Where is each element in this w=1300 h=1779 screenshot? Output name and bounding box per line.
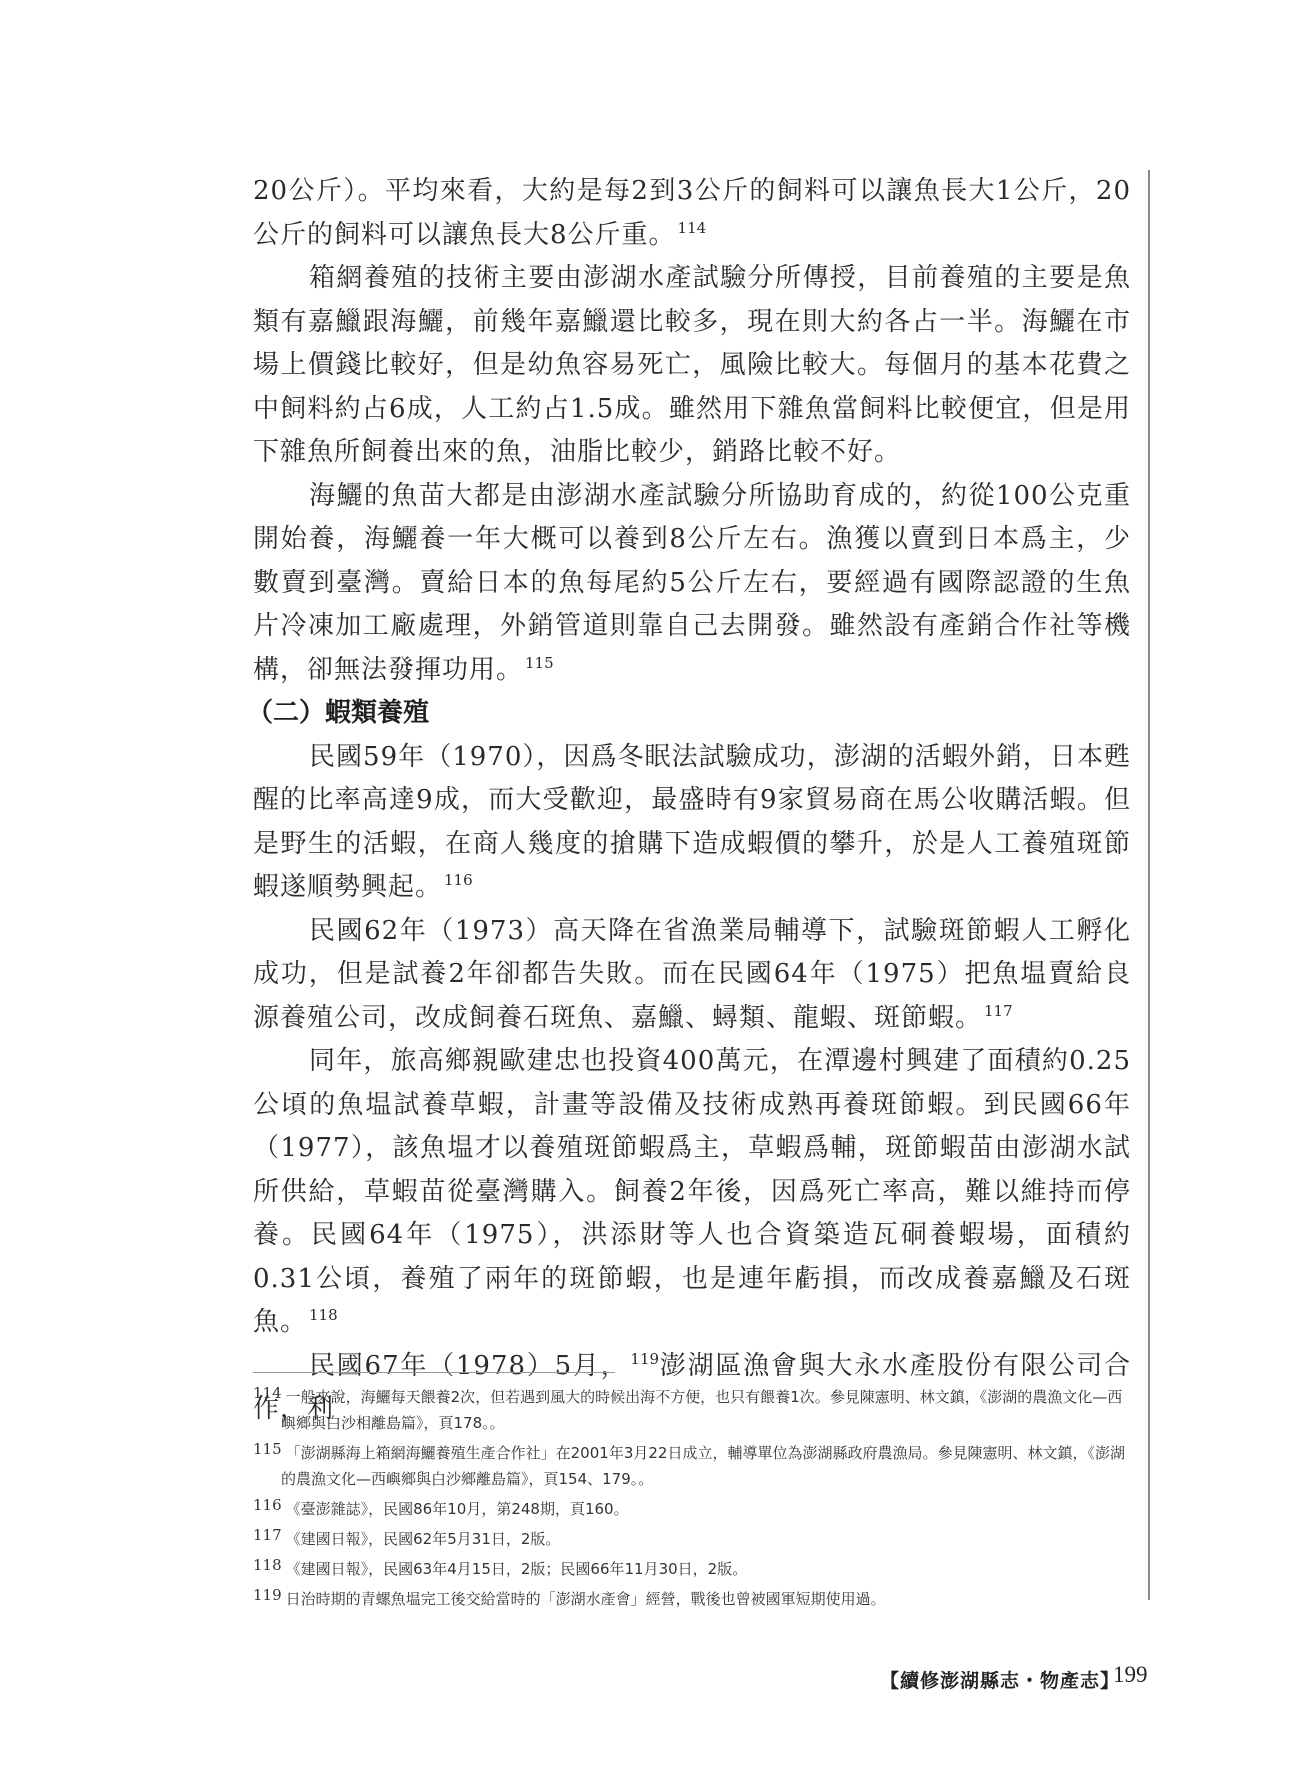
footnote-ref-118[interactable]: 118 [309,1306,338,1324]
footnote-ref-119[interactable]: 119 [630,1350,659,1368]
footnote-ref-117[interactable]: 117 [984,1002,1013,1020]
footnote-number: 114 [253,1384,282,1402]
paragraph-text: 海鱺的魚苗大都是由澎湖水產試驗分所協助育成的，約從100公克重開始養，海鱺養一年… [253,481,1131,685]
page-number: 199 [1113,1662,1148,1688]
section-heading: （二）蝦類養殖 [247,692,1131,736]
footnote-separator [253,1372,615,1373]
footnote-number: 119 [253,1586,282,1604]
book-page: 20公斤）。平均來看，大約是每2到3公斤的飼料可以讓魚長大1公斤，20公斤的飼料… [0,0,1300,1779]
paragraph-1: 20公斤）。平均來看，大約是每2到3公斤的飼料可以讓魚長大1公斤，20公斤的飼料… [253,170,1131,257]
footnote-text: 一般來說，海鱺每天餵養2次，但若遇到風大的時候出海不方便，也只有餵養1次。參見陳… [281,1388,1122,1432]
footnote-text: 「澎湖縣海上箱網海鱺養殖生產合作社」在2001年3月22日成立，輔導單位為澎湖縣… [281,1444,1125,1488]
footnote-number: 115 [253,1440,282,1458]
footnote-116: 116《臺澎雜誌》，民國86年10月，第248期，頁160。 [253,1492,1131,1522]
paragraph-5: 民國62年（1973）高天降在省漁業局輔導下，試驗斑節蝦人工孵化成功，但是試養2… [253,910,1131,1041]
footnote-119: 119日治時期的青螺魚塭完工後交給當時的「澎湖水產會」經營，戰後也曾被國軍短期使… [253,1582,1131,1612]
footnote-118: 118《建國日報》，民國63年4月15日，2版；民國66年11月30日，2版。 [253,1552,1131,1582]
margin-rule [1148,170,1150,1600]
paragraph-6: 同年，旅高鄉親歐建忠也投資400萬元，在潭邊村興建了面積約0.25公頃的魚塭試養… [253,1040,1131,1345]
footnote-115: 115「澎湖縣海上箱網海鱺養殖生產合作社」在2001年3月22日成立，輔導單位為… [253,1436,1131,1492]
footnotes: 114一般來說，海鱺每天餵養2次，但若遇到風大的時候出海不方便，也只有餵養1次。… [253,1380,1131,1612]
footnote-text: 日治時期的青螺魚塭完工後交給當時的「澎湖水產會」經營，戰後也曾被國軍短期使用過。 [286,1590,886,1608]
footnote-text: 《臺澎雜誌》，民國86年10月，第248期，頁160。 [286,1500,629,1518]
running-footer: 【續修澎湖縣志・物產志】 [880,1666,1120,1693]
paragraph-3: 海鱺的魚苗大都是由澎湖水產試驗分所協助育成的，約從100公克重開始養，海鱺養一年… [253,475,1131,693]
paragraph-4: 民國59年（1970），因爲冬眠法試驗成功，澎湖的活蝦外銷，日本甦醒的比率高達9… [253,736,1131,910]
paragraph-text: 20公斤）。平均來看，大約是每2到3公斤的飼料可以讓魚長大1公斤，20公斤的飼料… [253,176,1131,250]
footnote-number: 118 [253,1556,282,1574]
footnote-ref-116[interactable]: 116 [444,871,473,889]
footnote-text: 《建國日報》，民國63年4月15日，2版；民國66年11月30日，2版。 [286,1560,748,1578]
footnote-117: 117《建國日報》，民國62年5月31日，2版。 [253,1522,1131,1552]
paragraph-text: 同年，旅高鄉親歐建忠也投資400萬元，在潭邊村興建了面積約0.25公頃的魚塭試養… [253,1046,1131,1337]
paragraph-2: 箱網養殖的技術主要由澎湖水產試驗分所傳授，目前養殖的主要是魚類有嘉鱲跟海鱺，前幾… [253,257,1131,475]
paragraph-text: 民國59年（1970），因爲冬眠法試驗成功，澎湖的活蝦外銷，日本甦醒的比率高達9… [253,742,1131,903]
footnote-114: 114一般來說，海鱺每天餵養2次，但若遇到風大的時候出海不方便，也只有餵養1次。… [253,1380,1131,1436]
body-text: 20公斤）。平均來看，大約是每2到3公斤的飼料可以讓魚長大1公斤，20公斤的飼料… [253,170,1131,1432]
paragraph-text: 箱網養殖的技術主要由澎湖水產試驗分所傳授，目前養殖的主要是魚類有嘉鱲跟海鱺，前幾… [253,263,1131,467]
footnote-number: 116 [253,1496,282,1514]
paragraph-text: 民國67年（1978）5月， [309,1351,628,1381]
footnote-ref-115[interactable]: 115 [525,654,554,672]
footnote-number: 117 [253,1526,282,1544]
footnote-text: 《建國日報》，民國62年5月31日，2版。 [286,1530,561,1548]
footnote-ref-114[interactable]: 114 [678,219,707,237]
